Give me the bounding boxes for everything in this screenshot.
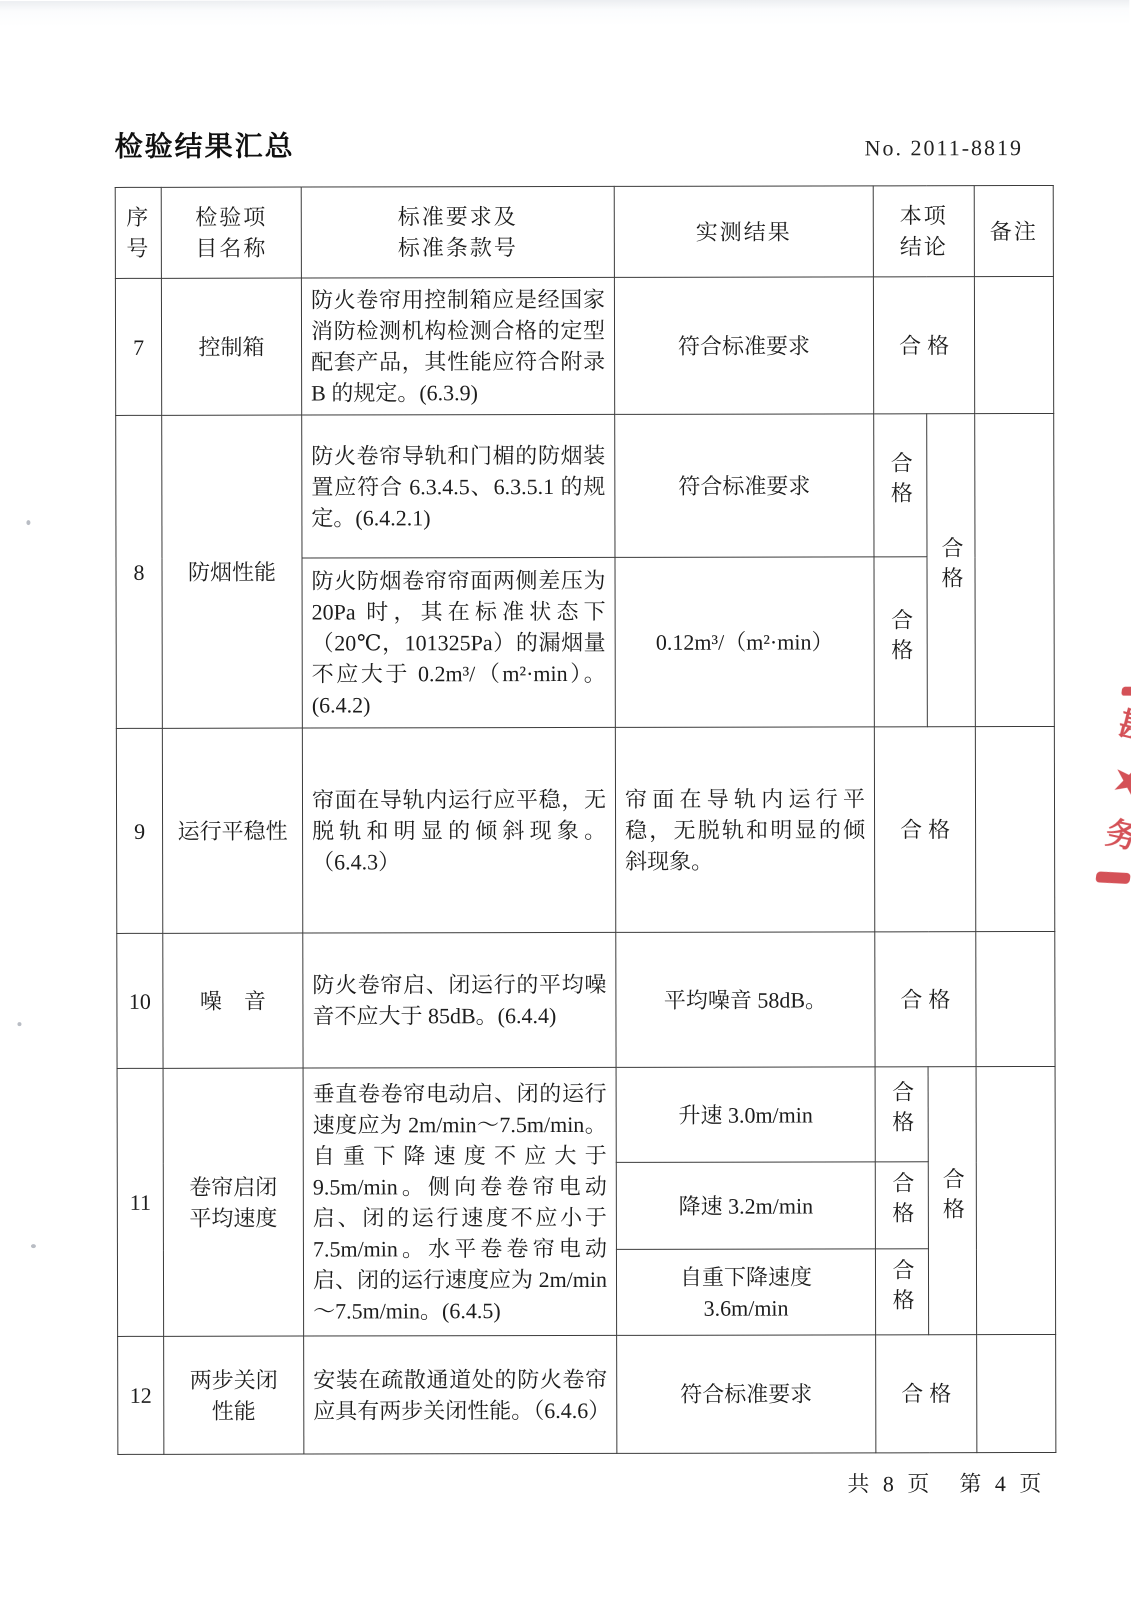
row11-seq: 11 (117, 1068, 164, 1336)
row11a-result: 升速 3.0m/min (616, 1067, 875, 1163)
header-seq: 序 号 (115, 187, 161, 278)
row12-seq: 12 (118, 1336, 164, 1454)
row11b-conclusion-text: 合格 (891, 1171, 913, 1231)
header-item-name: 检验项 目名称 (161, 187, 301, 278)
header-remark: 备注 (974, 185, 1053, 276)
row7-conclusion: 合格 (873, 277, 974, 414)
seal-character-2: 务 (1103, 816, 1131, 854)
row11b-conclusion: 合格 (875, 1162, 928, 1249)
table-row-11a: 11 卷帘启闭 平均速度 垂直卷卷帘电动启、闭的运行速度应为 2m/min～7.… (117, 1066, 1055, 1163)
table-header-row: 序 号 检验项 目名称 标准要求及 标准条款号 实测结果 本项 结论 备注 (115, 185, 1053, 278)
scanned-page: 检验结果汇总 No. 2011-8819 序 号 检验项 目名称 标准要求及 标… (0, 0, 1131, 1600)
seal-stroke-icon (1121, 687, 1131, 696)
page-number-footer: 共 8 页 第 4 页 (1, 1467, 1045, 1500)
row7-result: 符合标准要求 (614, 277, 873, 415)
header-result: 实测结果 (614, 186, 873, 278)
header-conclusion: 本项 结论 (873, 186, 974, 277)
header-standard: 标准要求及 标准条款号 (301, 186, 614, 278)
row8-overall-text: 合格 (940, 536, 962, 596)
row8-overall-conclusion: 合格 (927, 414, 976, 727)
row11a-conclusion: 合格 (875, 1067, 928, 1162)
red-seal-stamp: 勘 ★ 务 (1076, 682, 1131, 886)
row8b-conclusion: 合格 (874, 557, 927, 727)
row11c-conclusion-text: 合格 (891, 1258, 913, 1318)
scan-speck (31, 1244, 36, 1248)
row10-standard: 防火卷帘启、闭运行的平均噪音不应大于 85dB。(6.4.4) (303, 932, 616, 1068)
seal-star-icon: ★ (1102, 753, 1131, 810)
row10-remark (976, 931, 1055, 1066)
scan-speck (17, 1022, 21, 1026)
table-row-10: 10 噪 音 防火卷帘启、闭运行的平均噪音不应大于 85dB。(6.4.4) 平… (117, 931, 1055, 1068)
row8b-standard: 防火防烟卷帘帘面两侧差压为 20Pa 时，其在标准状态下（20℃，101325P… (302, 557, 615, 728)
page-title: 检验结果汇总 (115, 125, 295, 165)
row10-result: 平均噪音 58dB。 (616, 932, 875, 1068)
row9-standard: 帘面在导轨内运行应平稳，无脱轨和明显的倾斜现象。（6.4.3） (302, 727, 615, 933)
row8a-result: 符合标准要求 (615, 414, 874, 558)
row9-item: 运行平稳性 (162, 728, 302, 933)
row12-result: 符合标准要求 (617, 1335, 876, 1454)
row12-remark (977, 1334, 1056, 1452)
seal-bar-icon (1095, 871, 1131, 884)
row12-item: 两步关闭 性能 (164, 1336, 304, 1454)
scan-speck (26, 520, 30, 525)
row11-remark (976, 1066, 1056, 1334)
row7-standard: 防火卷帘用控制箱应是经国家消防检测机构检测合格的定型配套产品，其性能应符合附录 … (301, 277, 614, 415)
row9-seq: 9 (116, 728, 162, 933)
row8b-conclusion-text: 合格 (890, 608, 912, 668)
row12-conclusion: 合格 (876, 1335, 977, 1453)
row11-overall-conclusion: 合格 (928, 1067, 977, 1335)
row8a-conclusion: 合格 (874, 414, 927, 557)
row12-standard: 安装在疏散通道处的防火卷帘应具有两步关闭性能。（6.4.6） (304, 1335, 617, 1454)
table-row-9: 9 运行平稳性 帘面在导轨内运行应平稳，无脱轨和明显的倾斜现象。（6.4.3） … (116, 726, 1054, 933)
row10-conclusion: 合格 (875, 932, 976, 1067)
inspection-results-table: 序 号 检验项 目名称 标准要求及 标准条款号 实测结果 本项 结论 备注 7 … (115, 185, 1057, 1455)
row8-seq: 8 (116, 415, 163, 728)
row9-conclusion: 合格 (874, 727, 975, 932)
row9-result: 帘面在导轨内运行平稳，无脱轨和明显的倾斜现象。 (615, 727, 874, 933)
row11-standard: 垂直卷卷帘电动启、闭的运行速度应为 2m/min～7.5m/min。自重下降速度… (303, 1067, 617, 1336)
seal-character-1: 勘 (1115, 708, 1131, 749)
row10-item: 噪 音 (163, 933, 303, 1068)
row8-item: 防烟性能 (162, 415, 303, 728)
row8-remark (975, 413, 1055, 726)
row8b-result: 0.12m³/（m²·min） (615, 557, 874, 728)
row10-seq: 10 (117, 933, 163, 1068)
row11a-conclusion-text: 合格 (891, 1080, 913, 1140)
row11c-result: 自重下降速度 3.6m/min (616, 1249, 875, 1336)
row11-overall-text: 合格 (941, 1167, 963, 1227)
row8a-conclusion-text: 合格 (889, 451, 911, 511)
row8a-standard: 防火卷帘导轨和门楣的防烟装置应符合 6.3.4.5、6.3.5.1 的规定。(6… (302, 414, 615, 558)
table-row-8a: 8 防烟性能 防火卷帘导轨和门楣的防烟装置应符合 6.3.4.5、6.3.5.1… (116, 413, 1054, 558)
row7-remark (974, 276, 1053, 413)
row11b-result: 降速 3.2m/min (616, 1162, 875, 1250)
row11-item: 卷帘启闭 平均速度 (163, 1068, 304, 1336)
row9-remark (975, 726, 1054, 931)
table-row-7: 7 控制箱 防火卷帘用控制箱应是经国家消防检测机构检测合格的定型配套产品，其性能… (115, 276, 1053, 415)
row11c-conclusion: 合格 (875, 1249, 928, 1335)
report-number: No. 2011-8819 (865, 135, 1023, 161)
table-row-12: 12 两步关闭 性能 安装在疏散通道处的防火卷帘应具有两步关闭性能。（6.4.6… (118, 1334, 1056, 1454)
row7-seq: 7 (115, 278, 161, 415)
row7-item: 控制箱 (161, 278, 301, 415)
